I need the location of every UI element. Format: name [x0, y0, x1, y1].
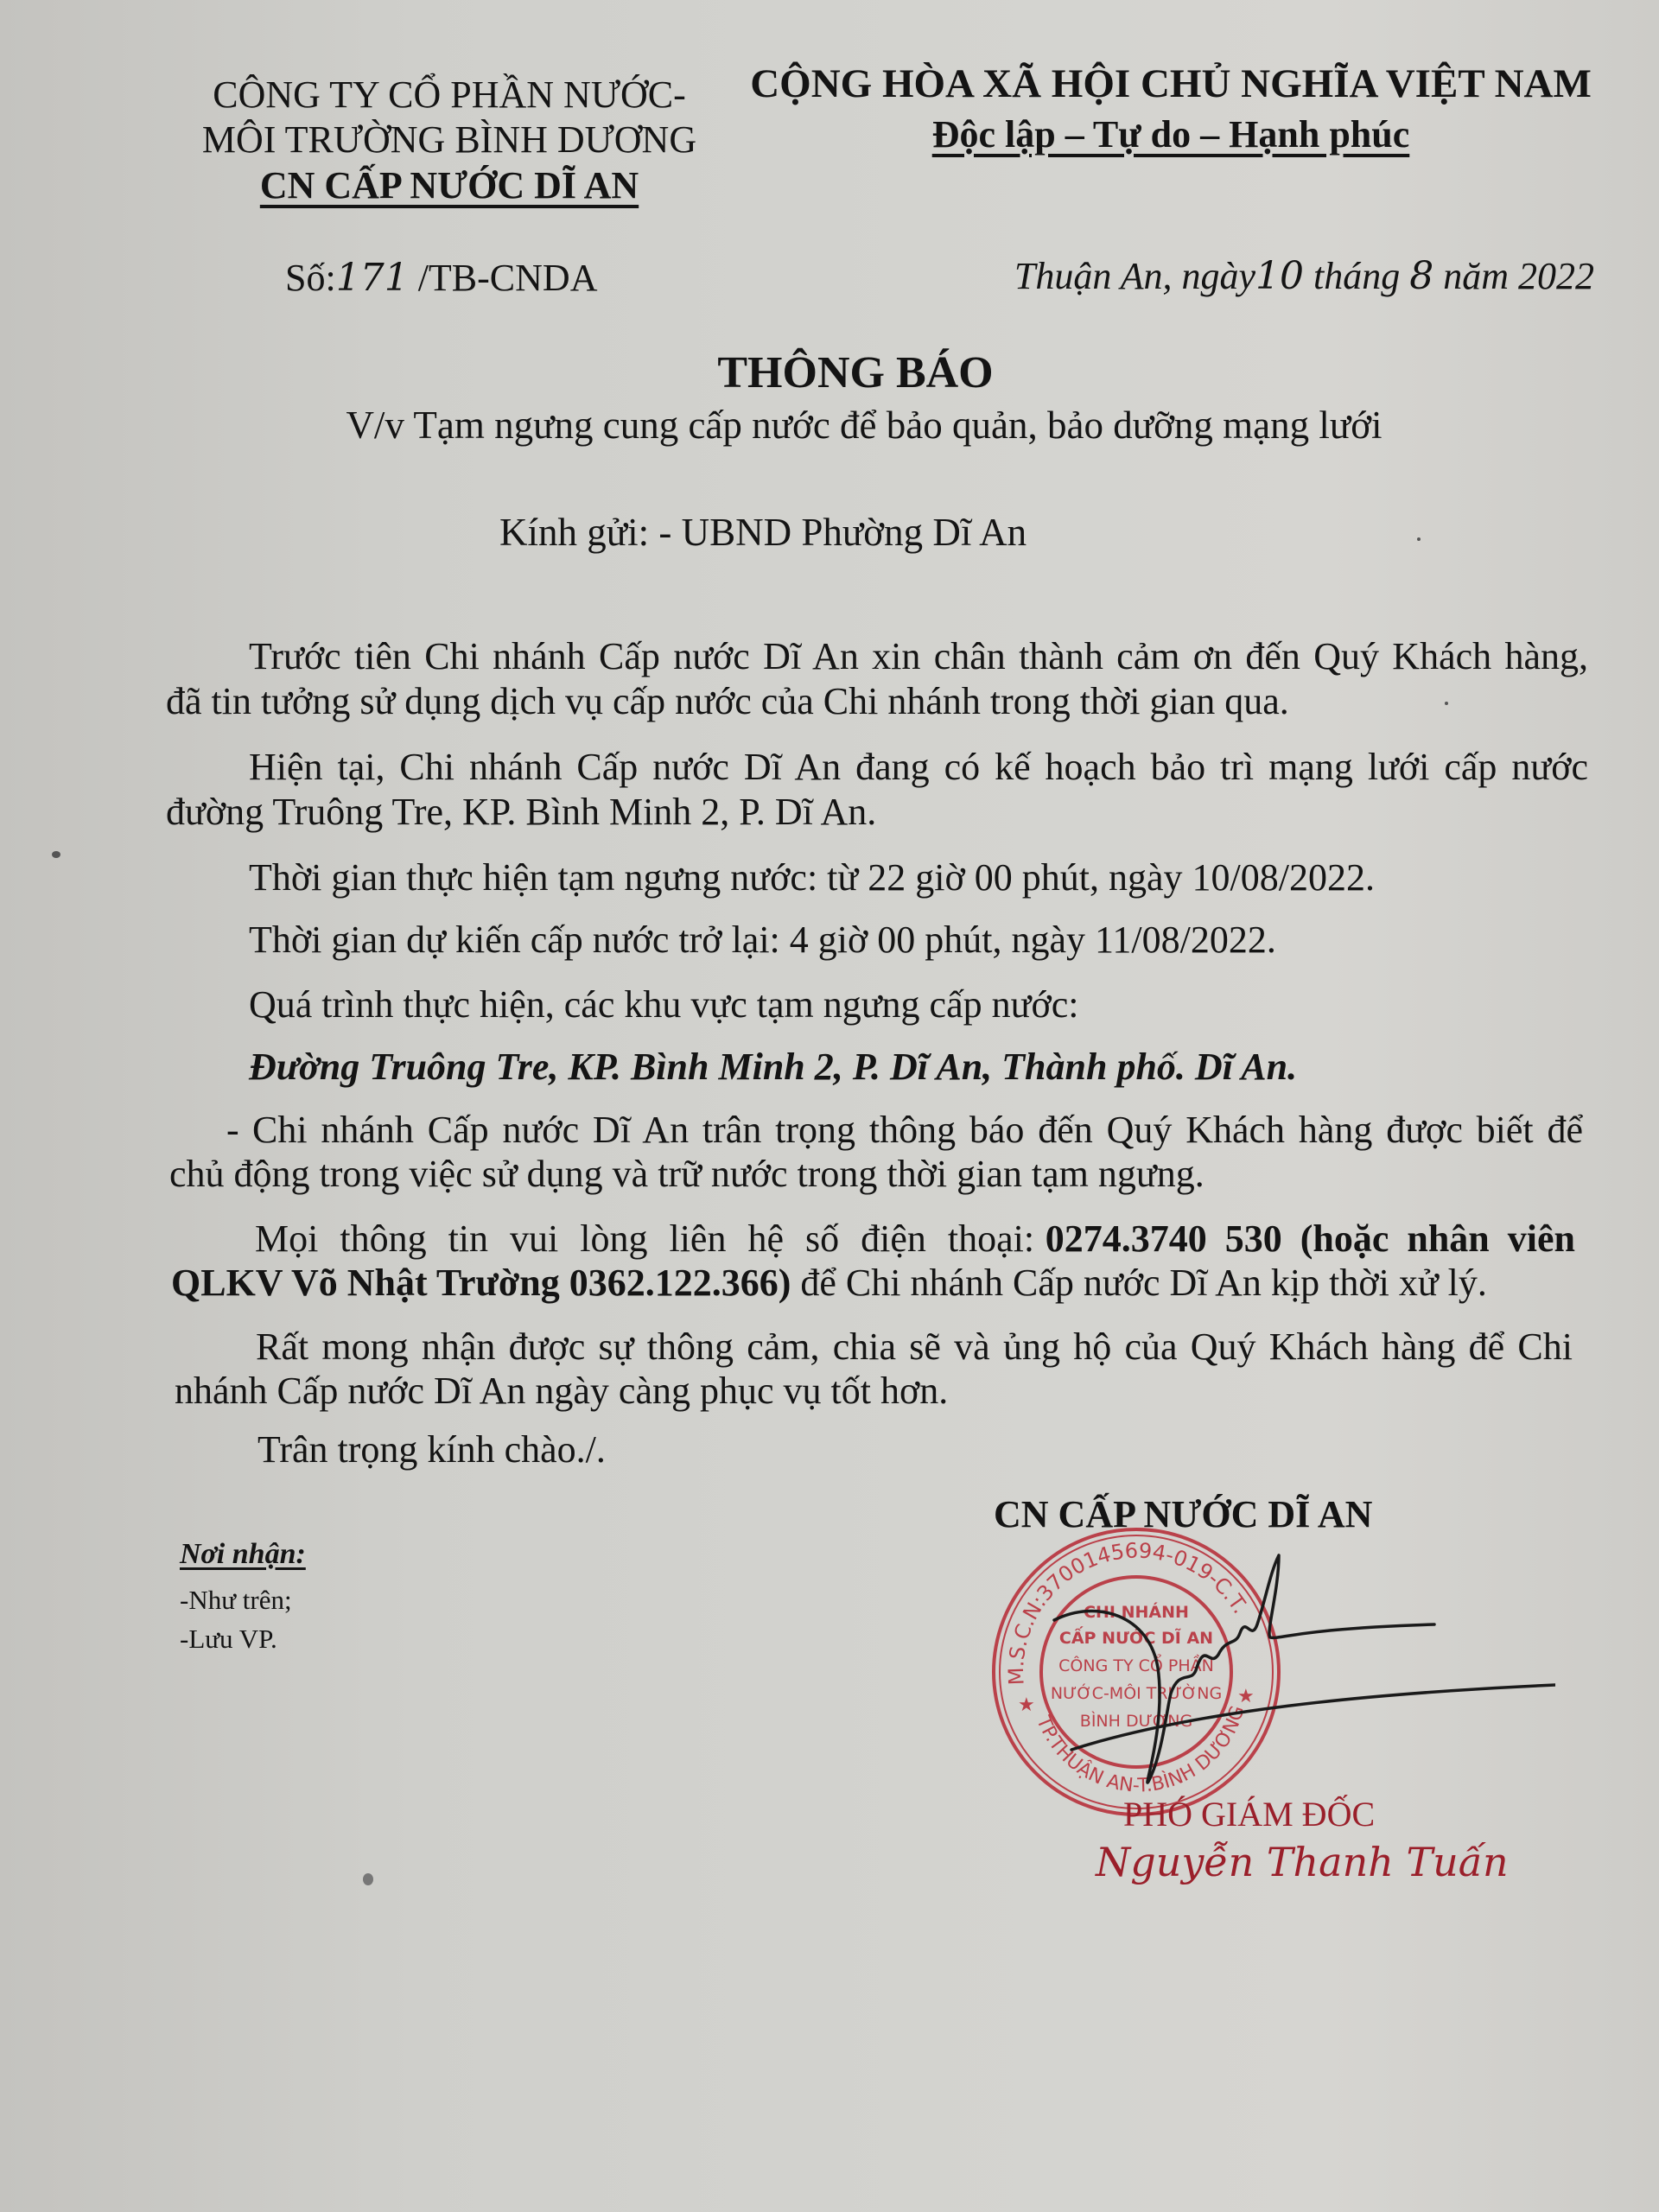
affected-area: Đường Truông Tre, KP. Bình Minh 2, P. Dĩ…	[249, 1048, 1297, 1086]
national-title: CỘNG HÒA XÃ HỘI CHỦ NGHĨA VIỆT NAM	[743, 64, 1599, 105]
paper-speck	[1445, 702, 1448, 705]
recipient-line: Kính gửi: - UBND Phường Dĩ An	[499, 513, 1027, 552]
date-month-label: tháng	[1304, 255, 1409, 297]
national-motto-text: Độc lập – Tự do – Hạnh phúc	[932, 113, 1410, 156]
document-number-prefix: Số:	[285, 257, 336, 299]
recipient-item: -Như trên;	[180, 1586, 292, 1613]
contact-phone: 0274.3740 530 (hoặc nhân viên	[1046, 1220, 1575, 1258]
paragraph-5-line-2: nhánh Cấp nước Dĩ An ngày càng phục vụ t…	[175, 1372, 948, 1410]
national-motto: Độc lập – Tự do – Hạnh phúc	[743, 116, 1599, 154]
company-name-line1: CÔNG TY CỔ PHẦN NƯỚC-	[147, 76, 752, 114]
signer-name: Nguyễn Thanh Tuấn	[1096, 1842, 1509, 1882]
document-subject: V/v Tạm ngưng cung cấp nước để bảo quản,…	[0, 406, 1659, 445]
document-number: Số:171 /TB-CNDA	[285, 259, 597, 297]
paragraph-5-line-1: Rất mong nhận được sự thông cảm, chia sẽ…	[256, 1328, 1573, 1366]
recipient-item: -Lưu VP.	[180, 1625, 277, 1652]
paragraph-1-line-2: đã tin tưởng sử dụng dịch vụ cấp nước củ…	[166, 683, 1289, 721]
document-date: Thuận An, ngày10 tháng 8 năm 2022	[1014, 257, 1594, 296]
suspension-start-time: Thời gian thực hiện tạm ngưng nước: từ 2…	[249, 859, 1375, 897]
paragraph-dash: -	[226, 1111, 239, 1149]
paper-speck	[363, 1873, 373, 1885]
paragraph-2-line-1: Hiện tại, Chi nhánh Cấp nước Dĩ An đang …	[249, 748, 1588, 786]
staff-contact: QLKV Võ Nhật Trường 0362.122.366)	[171, 1262, 791, 1304]
document-number-handwritten: 171	[336, 256, 409, 300]
paper-speck	[52, 851, 60, 858]
date-month-handwritten: 8	[1409, 254, 1433, 298]
signer-role: PHÓ GIÁM ĐỐC	[1123, 1797, 1375, 1832]
paragraph-4-line-2: QLKV Võ Nhật Trường 0362.122.366) để Chi…	[171, 1264, 1487, 1302]
paragraph-4-tail: để Chi nhánh Cấp nước Dĩ An kịp thời xử …	[791, 1262, 1487, 1304]
recipients-heading: Nơi nhận:	[180, 1540, 306, 1569]
paragraph-1-line-1: Trước tiên Chi nhánh Cấp nước Dĩ An xin …	[249, 638, 1588, 676]
date-place: Thuận An, ngày	[1014, 255, 1255, 297]
paragraph-4-line-1: Mọi thông tin vui lòng liên hệ số điện t…	[255, 1220, 1575, 1258]
closing-greeting: Trân trọng kính chào./.	[257, 1431, 606, 1469]
company-name-line2: MÔI TRƯỜNG BÌNH DƯƠNG	[147, 121, 752, 159]
document-number-suffix: /TB-CNDA	[409, 257, 598, 299]
branch-name: CN CẤP NƯỚC DĨ AN	[147, 167, 752, 205]
contact-label: Mọi thông tin vui lòng liên hệ số điện t…	[255, 1220, 1034, 1258]
supply-resume-time: Thời gian dự kiến cấp nước trở lại: 4 gi…	[249, 921, 1276, 959]
paper-speck	[1417, 537, 1421, 541]
branch-name-text: CN CẤP NƯỚC DĨ AN	[260, 164, 639, 207]
paragraph-3-line-1: Chi nhánh Cấp nước Dĩ An trân trọng thôn…	[252, 1111, 1583, 1149]
date-year: năm 2022	[1433, 255, 1594, 297]
date-day-handwritten: 10	[1255, 254, 1304, 298]
document-title: THÔNG BÁO	[0, 351, 1659, 396]
affected-areas-label: Quá trình thực hiện, các khu vực tạm ngư…	[249, 986, 1078, 1024]
paragraph-2-line-2: đường Truông Tre, KP. Bình Minh 2, P. Dĩ…	[166, 793, 876, 831]
paragraph-3-line-2: chủ động trong việc sử dụng và trữ nước …	[169, 1155, 1205, 1193]
handwritten-signature	[1020, 1538, 1555, 1797]
